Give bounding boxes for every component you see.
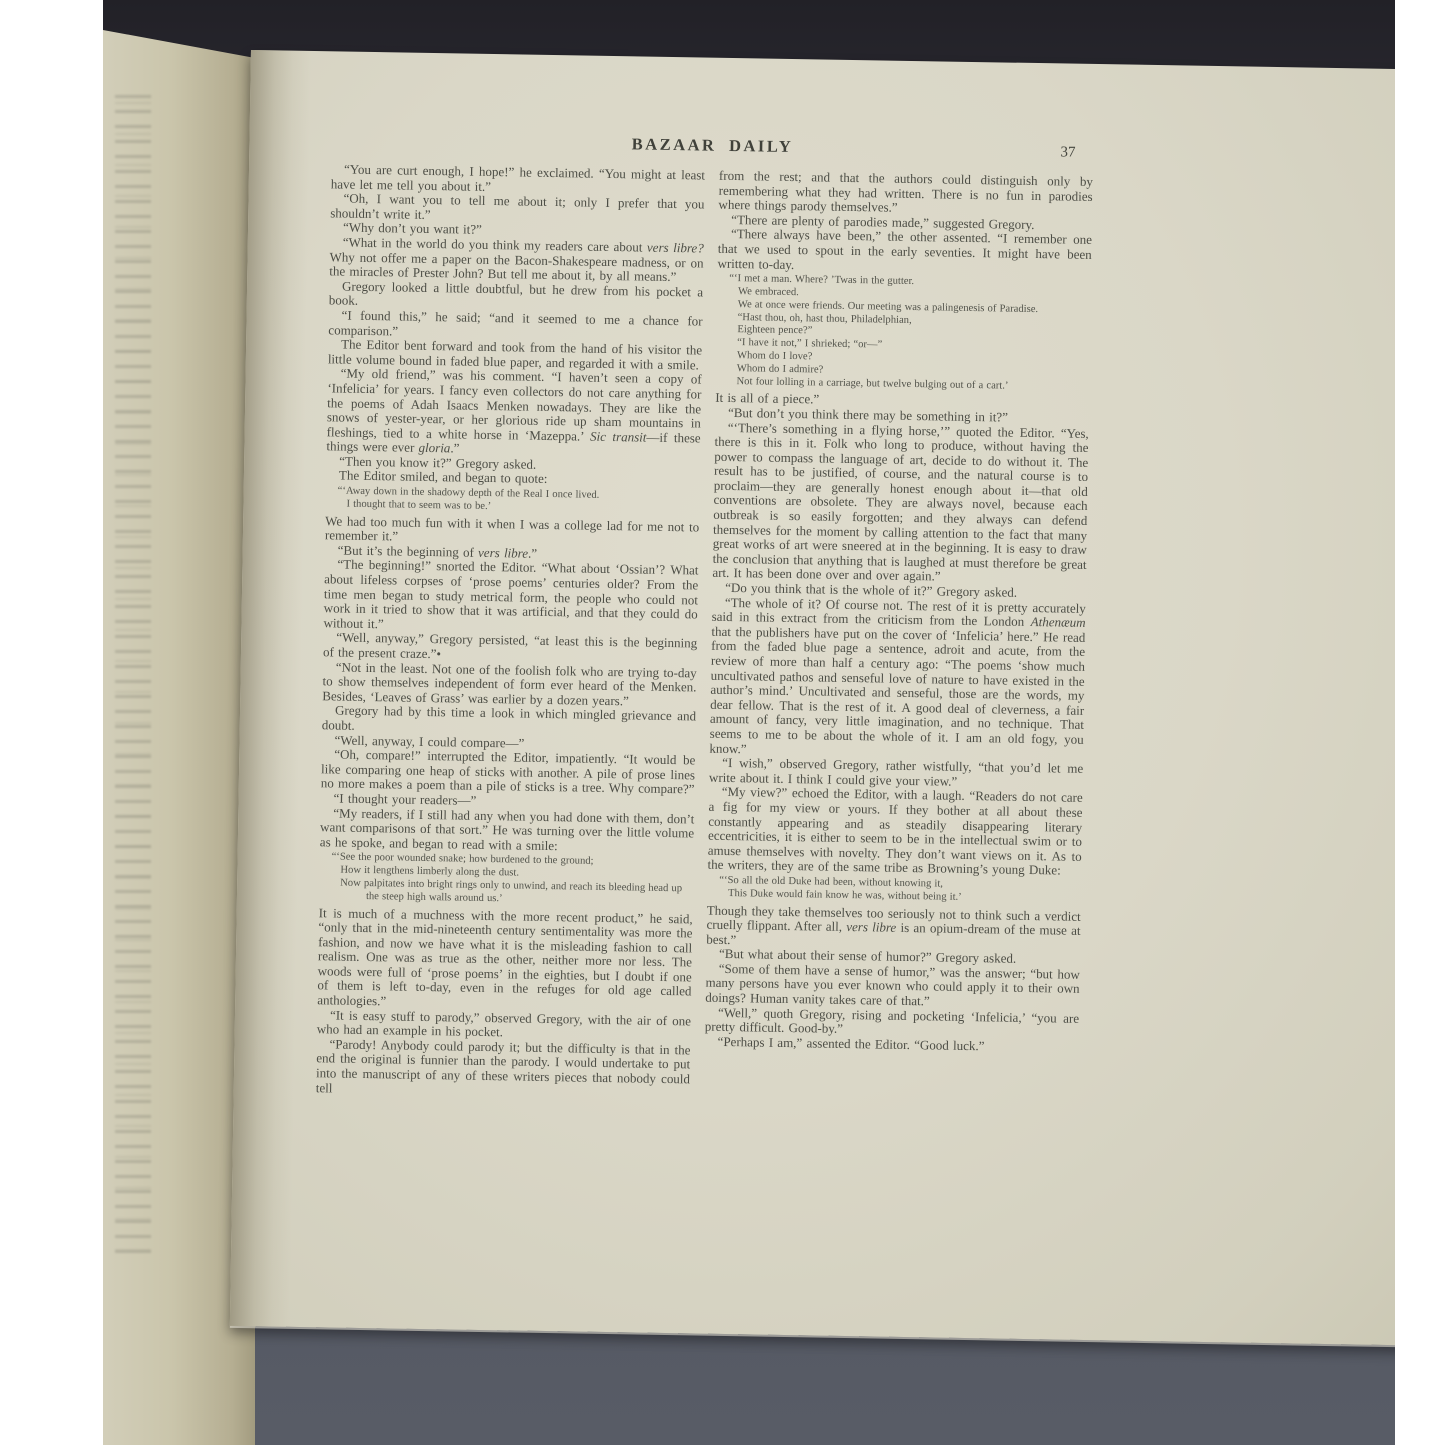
column-right: from the rest; and that the authors coul… [704, 169, 1093, 1108]
paragraph: Though they take themselves too seriousl… [706, 903, 1081, 953]
verse-line: Now palpitates into bright rings only to… [340, 878, 693, 909]
verse-quote: “‘I met a man. Where? ’Twas in the gutte… [727, 273, 1091, 394]
paragraph: It is much of a muchness with the more r… [317, 906, 693, 1014]
verse-quote: “‘Away down in the shadowy depth of the … [337, 486, 699, 518]
paragraph: “Oh, compare!” interrupted the Editor, i… [321, 747, 696, 797]
paragraph: “What in the world do you think my reade… [329, 235, 704, 285]
paragraph: “The beginning!” snorted the Editor. “Wh… [323, 558, 698, 637]
paragraph: “My view?” echoed the Editor, with a lau… [707, 785, 1082, 879]
column-left: “You are curt enough, I hope!” he exclai… [316, 162, 705, 1101]
paragraph: “Not in the least. Not one of the foolis… [322, 660, 697, 710]
paragraph: “My readers, if I still had any when you… [320, 806, 695, 856]
paragraph: “‘There’s something in a flying horse,’”… [712, 420, 1089, 587]
masthead-row: BAZAAR DAILY 37 [331, 129, 1093, 164]
paragraph: from the rest; and that the authors coul… [718, 169, 1093, 219]
verse-quote: “‘So all the old Duke had been, without … [719, 875, 1081, 907]
text-columns: “You are curt enough, I hope!” he exclai… [316, 162, 1093, 1108]
page-content: BAZAAR DAILY 37 “You are curt enough, I … [316, 129, 1094, 1108]
book-photo: BAZAAR DAILY 37 “You are curt enough, I … [103, 0, 1395, 1445]
masthead-title: BAZAAR DAILY [632, 134, 794, 156]
ghost-text-column [115, 95, 151, 1255]
verse-quote: “‘See the poor wounded snake; how burden… [331, 852, 694, 909]
paragraph: “My old friend,” was his comment. “I hav… [326, 367, 701, 461]
paragraph: “The whole of it? Of course not. The res… [709, 595, 1086, 762]
page-number: 37 [1060, 144, 1075, 161]
paragraph: “Some of them have a sense of humor,” wa… [705, 962, 1080, 1012]
paragraph: “There always have been,” the other asse… [717, 227, 1092, 277]
magazine-page: BAZAAR DAILY 37 “You are curt enough, I … [230, 50, 1395, 1346]
paragraph: “Parody! Anybody could parody it; but th… [316, 1037, 691, 1102]
